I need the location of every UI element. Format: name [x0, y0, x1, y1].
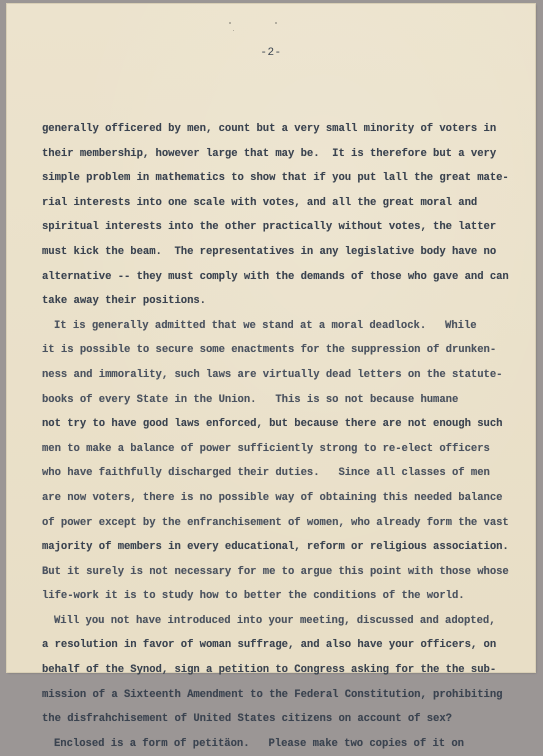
- paragraph-start-line: Will you not have introduced into your m…: [42, 609, 512, 634]
- text-line: ness and immorality, such laws are virtu…: [42, 363, 512, 388]
- text-line: mission of a Sixteenth Amendment to the …: [42, 683, 512, 700]
- text-line: are now voters, there is no possible way…: [42, 486, 512, 511]
- text-line: life-work it is to study how to better t…: [42, 584, 512, 609]
- page-number: -2-: [7, 47, 535, 59]
- document-page: -2- generally officered by men, count bu…: [7, 4, 535, 672]
- text-line: books of every State in the Union. This …: [42, 388, 512, 413]
- text-line: men to make a balance of power sufficien…: [42, 437, 512, 462]
- text-line: majority of members in every educational…: [42, 535, 512, 560]
- text-line: rial interests into one scale with votes…: [42, 191, 512, 216]
- text-line: must kick the beam. The representatives …: [42, 240, 512, 265]
- paragraph-start-line: It is generally admitted that we stand a…: [42, 314, 512, 339]
- ink-speck: [229, 22, 231, 24]
- ink-speck: [233, 30, 234, 31]
- letter-body: generally officered by men, count but a …: [42, 117, 512, 700]
- text-line: generally officered by men, count but a …: [42, 117, 512, 142]
- text-line: who have faithfully discharged their dut…: [42, 461, 512, 486]
- text-line: spiritual interests into the other pract…: [42, 215, 512, 240]
- ink-speck: [275, 22, 277, 24]
- text-line: not try to have good laws enforced, but …: [42, 412, 512, 437]
- text-line: their membership, however large that may…: [42, 142, 512, 167]
- text-line: But it surely is not necessary for me to…: [42, 560, 512, 585]
- text-line: of power except by the enfranchisement o…: [42, 511, 512, 536]
- text-line: alternative -- they must comply with the…: [42, 265, 512, 290]
- text-line: it is possible to secure some enactments…: [42, 338, 512, 363]
- text-line: simple problem in mathematics to show th…: [42, 166, 512, 191]
- text-line: a resolution in favor of woman suffrage,…: [42, 633, 512, 658]
- text-line: behalf of the Synod, sign a petition to …: [42, 658, 512, 683]
- text-line: take away their positions.: [42, 289, 512, 314]
